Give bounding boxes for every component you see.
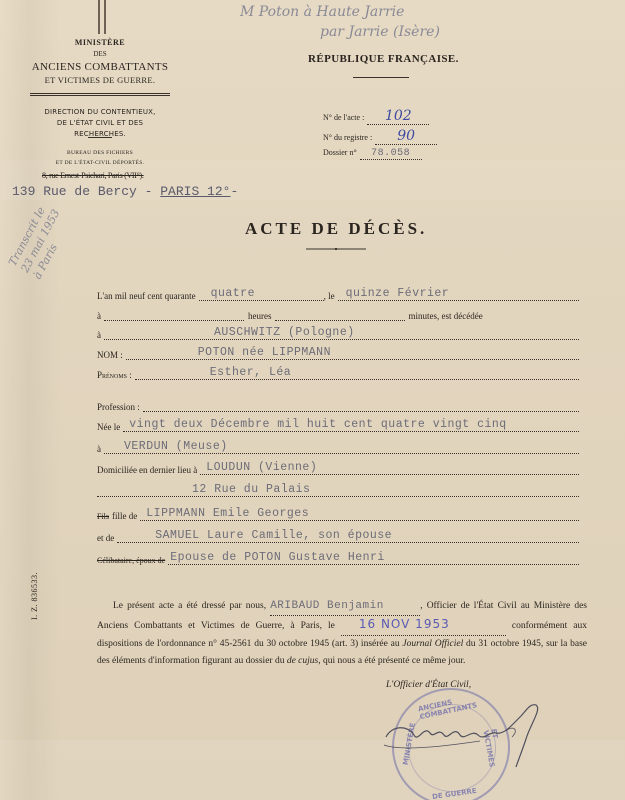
republique-heading: RÉPUBLIQUE FRANÇAISE. (308, 53, 459, 65)
field-birth-date: Née le vingt deux Décembre mil huit cent… (97, 418, 579, 432)
registre-number-row: N° du registre : 90 (323, 128, 437, 148)
bureau-line: ET DE L'ÉTAT-CIVIL DÉPORTÉS. (40, 158, 160, 168)
date-stamp: 16 NOV 1953 (359, 617, 450, 631)
death-place-line: AUSCHWITZ (Pologne) (104, 327, 579, 340)
day-label: , le (324, 291, 335, 301)
officer-name-line: ARIBAUD Benjamin (270, 598, 420, 616)
hours-label: heures (248, 311, 272, 321)
closing-text: Le présent acte a été dressé par nous, (113, 601, 266, 611)
field-death-place: à AUSCHWITZ (Pologne) (97, 326, 579, 340)
day-line: quinze Février (338, 288, 579, 301)
divider (353, 77, 409, 78)
direction-line: DIRECTION DU CONTENTIEUX, (30, 107, 170, 118)
divider (88, 137, 112, 138)
domicile-line-2: 12 Rue du Palais (97, 484, 579, 497)
note-line: M Poton à Haute Jarrie (240, 2, 440, 22)
marital-value: Epouse de POTON Gustave Henri (170, 551, 385, 564)
bureau-header: BUREAU DES FICHIERS ET DE L'ÉTAT-CIVIL D… (40, 148, 160, 168)
prenoms-line: Esther, Léa (135, 367, 579, 380)
hours-line (104, 308, 244, 321)
field-date: L'an mil neuf cent quarante quatre , le … (97, 287, 579, 301)
fils-struck-label: Fils (97, 512, 109, 521)
registre-label: N° du registre : (323, 133, 372, 142)
birth-label: Né (97, 422, 108, 432)
profession-line (143, 399, 579, 412)
hour-prefix: à (97, 311, 101, 321)
address-suffix: - (230, 184, 238, 199)
minutes-label: minutes, est décédé (409, 311, 479, 321)
field-birth-place: à VERDUN (Meuse) (97, 440, 579, 454)
field-profession: Profession : (97, 398, 579, 412)
dossier-number-row: Dossier n° 78.058 (323, 148, 437, 168)
officer-name: ARIBAUD Benjamin (270, 600, 384, 612)
bureau-line: BUREAU DES FICHIERS (40, 148, 160, 158)
mother-value: SAMUEL Laure Camille, son épouse (155, 529, 392, 542)
acte-number-row: N° de l'acte : 102 (323, 108, 437, 128)
domicile-label-rest: en dernier lieu à (139, 465, 197, 475)
signature-icon (380, 695, 555, 775)
field-father: Fils fille de LIPPMANN Emile Georges (97, 507, 579, 521)
ministry-line: MINISTÈRE (30, 38, 170, 47)
minutes-line (275, 308, 405, 321)
father-line: LIPPMANN Emile Georges (140, 508, 579, 521)
mother-label: et de (97, 533, 114, 543)
document-page: M Poton à Haute Jarrie par Jarrie (Isère… (0, 0, 625, 800)
field-mother: et de SAMUEL Laure Camille, son épouse (97, 529, 579, 543)
day-value: quinze Février (346, 287, 450, 300)
ministry-line: DES (30, 50, 170, 58)
margin-transcription-note: Transcrit le 23 mai 1953 à Paris (6, 201, 76, 282)
reference-numbers: N° de l'acte : 102 N° du registre : 90 D… (323, 108, 437, 168)
year-line: quatre (199, 288, 324, 301)
birth-place-line: VERDUN (Meuse) (104, 441, 579, 454)
pen-marks-icon (96, 0, 108, 38)
nom-line: POTON née LIPPMANN (126, 347, 579, 360)
birth-place-value: VERDUN (Meuse) (124, 440, 228, 453)
gender-suffix: e (479, 311, 483, 321)
field-nom: NOM : POTON née LIPPMANN (97, 346, 579, 360)
birth-label-suffix: e le (108, 422, 121, 432)
divider (30, 93, 170, 96)
registre-value: 90 (375, 128, 437, 145)
dossier-value: 78.058 (360, 148, 422, 160)
nom-label: NOM : (97, 350, 123, 360)
marital-struck-label: Célibataire, époux de (97, 556, 165, 565)
address-city: PARIS 12° (160, 184, 230, 199)
direction-header: DIRECTION DU CONTENTIEUX, DE L'ÉTAT CIVI… (30, 107, 170, 140)
closing-paragraph: Le présent acte a été dressé par nous, A… (97, 598, 587, 670)
dossier-label: Dossier n° (323, 148, 357, 157)
prenoms-value: Esther, Léa (210, 366, 291, 379)
document-title: ACTE DE DÉCÈS. (245, 219, 427, 239)
address-street: 139 Rue de Bercy - (12, 184, 160, 199)
handwritten-address-note: M Poton à Haute Jarrie par Jarrie (Isère… (240, 2, 440, 42)
domicile-value-2: 12 Rue du Palais (192, 483, 310, 496)
closing-text: , qui nous a été présenté ce même jour. (318, 656, 465, 666)
domicile-value: LOUDUN (Vienne) (206, 461, 317, 474)
date-line: 16 NOV 1953 (341, 616, 506, 636)
ornament-icon (306, 248, 366, 250)
ministry-line: ET VICTIMES DE GUERRE. (30, 75, 170, 85)
field-time: à heures minutes, est décédée (97, 307, 579, 321)
field-marital-status: Célibataire, époux de Epouse de POTON Gu… (97, 551, 579, 565)
death-place-value: AUSCHWITZ (Pologne) (214, 326, 355, 339)
field-domicile: Domiciliée en dernier lieu à LOUDUN (Vie… (97, 461, 579, 475)
birth-place-label: à (97, 444, 101, 454)
birth-date-line: vingt deux Décembre mil huit cent quatre… (123, 419, 579, 432)
field-prenoms: Prénoms : Esther, Léa (97, 366, 579, 380)
domicile-label: Domicilié (97, 465, 133, 475)
prenoms-label: Prénoms : (97, 370, 132, 380)
profession-label: Profession : (97, 402, 140, 412)
death-place-label: à (97, 330, 101, 340)
de-cujus: de cujus (287, 656, 318, 666)
struck-address: 8, rue Ernest-Psichari, Paris (VII°). (42, 171, 144, 180)
note-line: par Jarrie (Isère) (320, 22, 440, 42)
year-label: L'an mil neuf cent quarante (97, 291, 196, 301)
ministry-line: ANCIENS COMBATTANTS (30, 61, 170, 73)
fille-label: fille de (112, 511, 137, 521)
journal-officiel: Journal Officiel (402, 639, 463, 649)
acte-label: N° de l'acte : (323, 113, 364, 122)
typed-address: 139 Rue de Bercy - PARIS 12°- (12, 184, 238, 199)
domicile-gender-suffix: e (133, 465, 137, 475)
nom-value: POTON née LIPPMANN (198, 346, 331, 359)
side-reference-number: I. Z. 836533. (30, 572, 39, 620)
year-value: quatre (211, 287, 255, 300)
acte-value: 102 (367, 108, 429, 125)
marital-line: Epouse de POTON Gustave Henri (168, 552, 579, 565)
ministry-header: MINISTÈRE DES ANCIENS COMBATTANTS ET VIC… (30, 38, 170, 96)
father-value: LIPPMANN Emile Georges (146, 507, 309, 520)
birth-date-value: vingt deux Décembre mil huit cent quatre… (129, 418, 506, 431)
mother-line: SAMUEL Laure Camille, son épouse (117, 530, 579, 543)
domicile-line: LOUDUN (Vienne) (200, 462, 579, 475)
field-domicile-2: 12 Rue du Palais (97, 483, 579, 497)
